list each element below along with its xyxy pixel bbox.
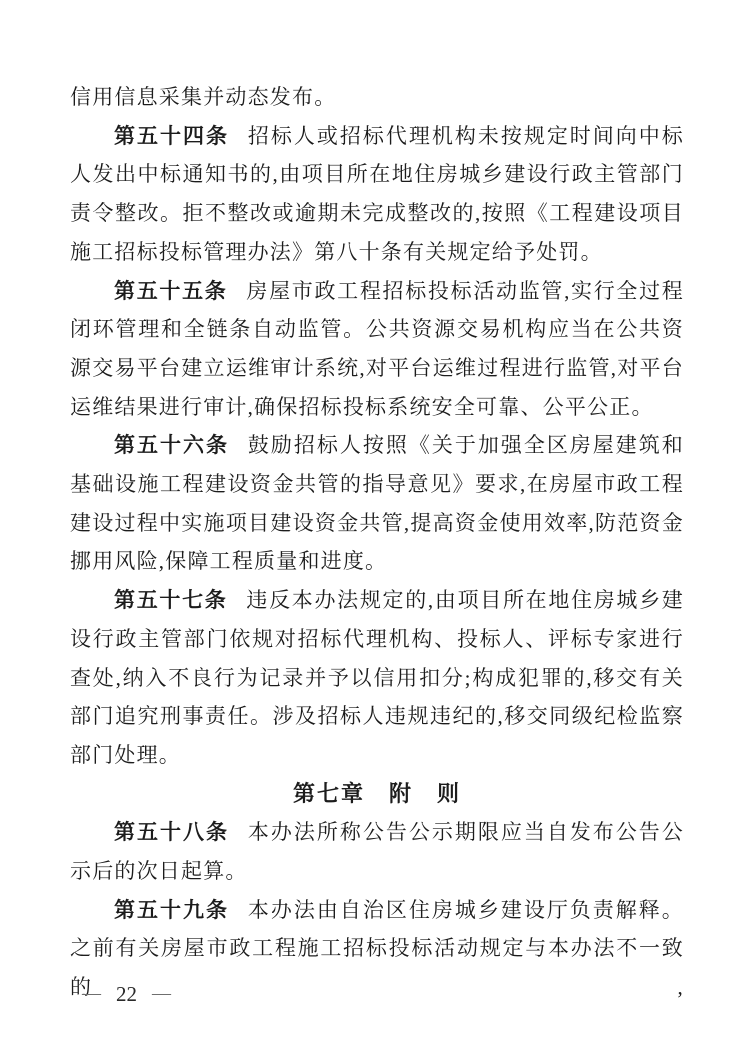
paragraph-text: 信用信息采集并动态发布。 xyxy=(70,85,336,109)
chapter-heading: 第七章 附 则 xyxy=(70,775,684,814)
paragraph-continuation: 信用信息采集并动态发布。 xyxy=(70,78,684,117)
article-text: 违反本办法规定的,由项目所在地住房城乡建设行政主管部门依规对招标代理机构、投标人… xyxy=(70,588,684,767)
article-57: 第五十七条违反本办法规定的,由项目所在地住房城乡建设行政主管部门依规对招标代理机… xyxy=(70,581,684,775)
article-56: 第五十六条鼓励招标人按照《关于加强全区房屋建筑和基础设施工程建设资金共管的指导意… xyxy=(70,426,684,581)
article-number: 第五十五条 xyxy=(114,279,227,303)
article-number: 第五十四条 xyxy=(114,124,229,148)
article-number: 第五十七条 xyxy=(114,588,227,612)
article-58: 第五十八条本办法所称公告公示期限应当自发布公告公示后的次日起算。 xyxy=(70,813,684,890)
footer-left-dash: — xyxy=(82,983,101,1005)
article-number: 第五十九条 xyxy=(114,898,229,922)
article-number: 第五十六条 xyxy=(114,433,229,457)
page-number: 22 xyxy=(116,982,137,1007)
page-footer: — 22 — xyxy=(82,982,171,1007)
document-body: 信用信息采集并动态发布。 第五十四条招标人或招标代理机构未按规定时间向中标人发出… xyxy=(70,78,684,1007)
article-54: 第五十四条招标人或招标代理机构未按规定时间向中标人发出中标通知书的,由项目所在地… xyxy=(70,117,684,272)
footer-right-dash: — xyxy=(152,983,171,1005)
document-page: 信用信息采集并动态发布。 第五十四条招标人或招标代理机构未按规定时间向中标人发出… xyxy=(0,0,755,1055)
article-55: 第五十五条房屋市政工程招标投标活动监管,实行全过程闭环管理和全链条自动监管。公共… xyxy=(70,272,684,427)
article-number: 第五十八条 xyxy=(114,820,229,844)
